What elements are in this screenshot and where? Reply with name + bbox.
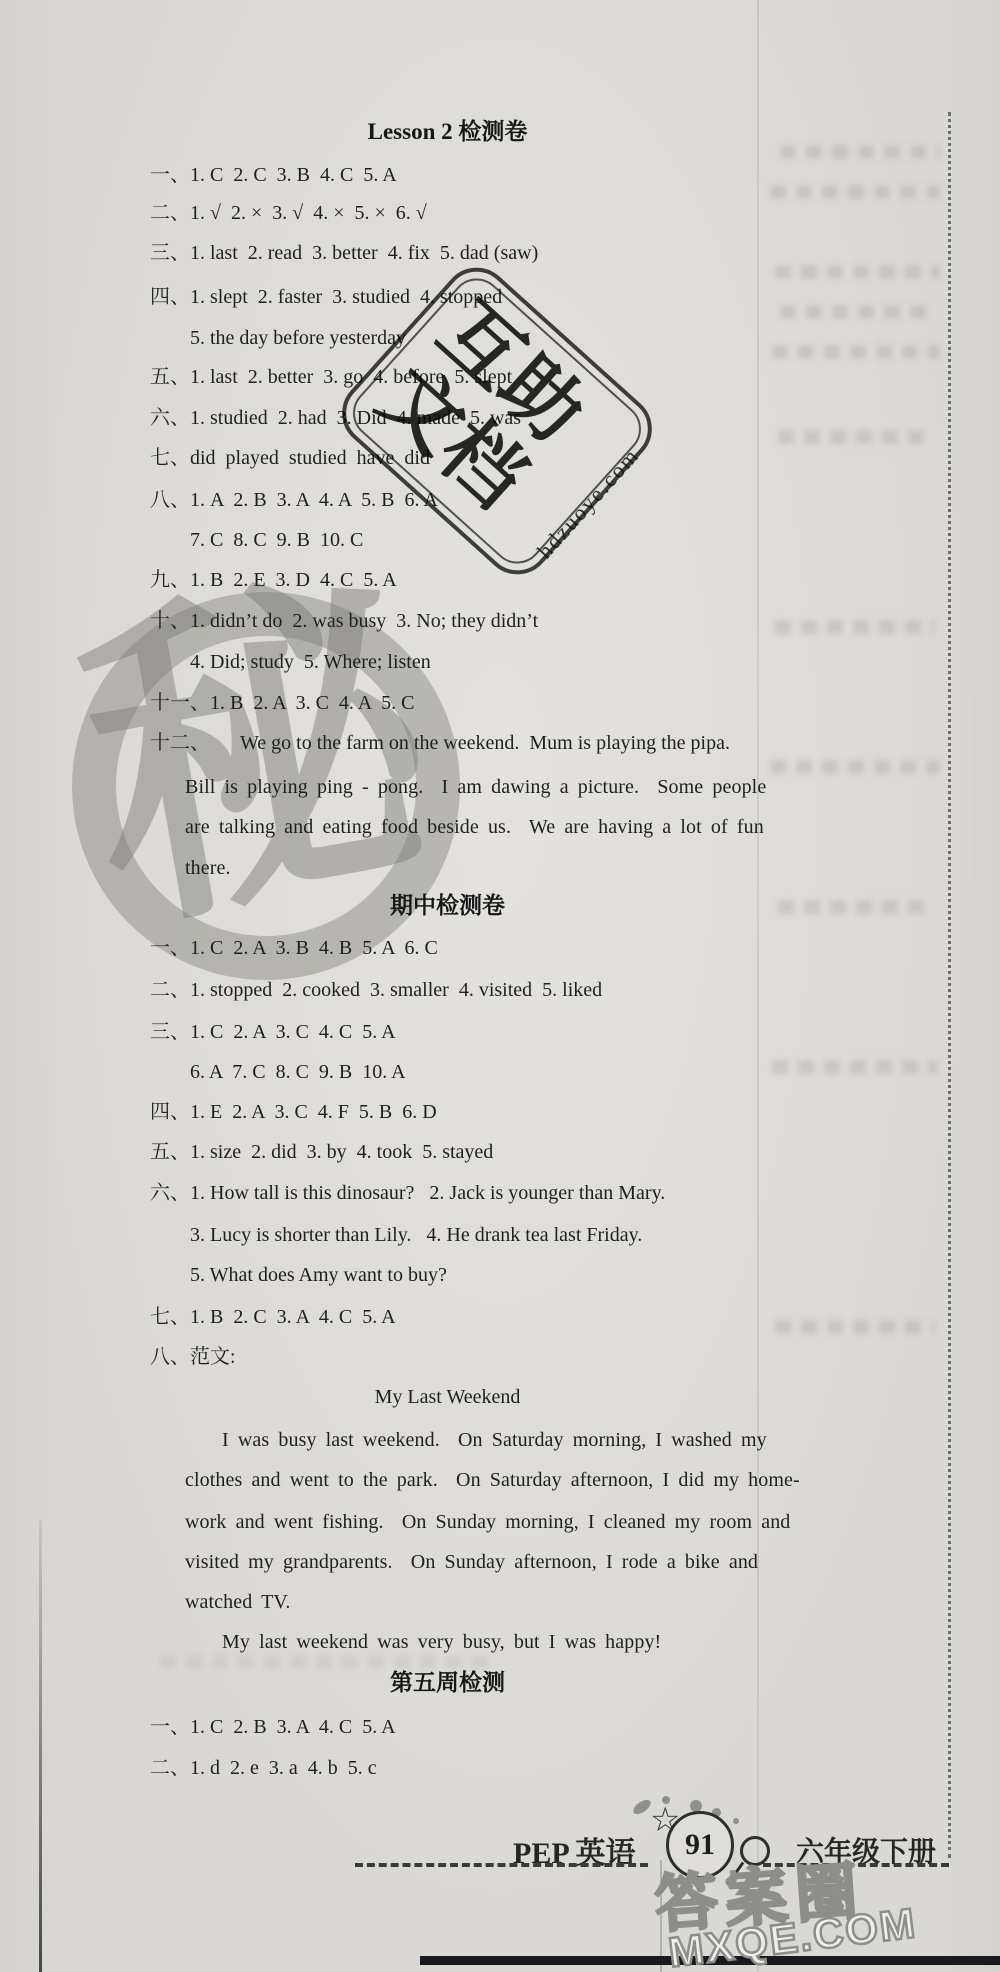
bleed-through-smudge (775, 1320, 935, 1334)
answer-line: 二、1. √ 2. × 3. √ 4. × 5. × 6. √ (150, 198, 427, 228)
bleed-through-smudge (772, 1060, 937, 1074)
bleed-through-smudge (160, 1655, 490, 1669)
essay-line: visited my grandparents. On Sunday after… (185, 1547, 758, 1577)
page-edge-line (39, 1520, 42, 1972)
answer-line: 7. C 8. C 9. B 10. C (190, 525, 363, 555)
answer-line: 九、1. B 2. E 3. D 4. C 5. A (150, 565, 397, 595)
section-title-lesson2: Lesson 2 检测卷 (150, 117, 745, 147)
essay-line: watched TV. (185, 1587, 290, 1617)
bleed-through-smudge (780, 145, 940, 159)
bleed-through-smudge (775, 265, 940, 279)
answer-line: 一、1. C 2. A 3. B 4. B 5. A 6. C (150, 933, 438, 963)
answer-line: 3. Lucy is shorter than Lily. 4. He dran… (190, 1220, 642, 1250)
bleed-through-smudge (770, 760, 940, 774)
essay-title: My Last Weekend (150, 1382, 745, 1412)
answer-line: 十二、 We go to the farm on the weekend. Mu… (150, 728, 730, 758)
dotted-column-separator (948, 112, 951, 1858)
answer-line: 5. What does Amy want to buy? (190, 1260, 447, 1290)
section-title-midterm: 期中检测卷 (150, 891, 745, 921)
answer-line: 6. A 7. C 8. C 9. B 10. A (190, 1057, 406, 1087)
essay-line: I was busy last weekend. On Saturday mor… (222, 1425, 767, 1455)
bleed-through-smudge (778, 430, 933, 444)
answer-line: 八、1. A 2. B 3. A 4. A 5. B 6. A (150, 485, 438, 515)
answer-line: 一、1. C 2. B 3. A 4. C 5. A (150, 1712, 396, 1742)
answer-line: 5. the day before yesterday (190, 323, 406, 353)
answer-line: 五、1. size 2. did 3. by 4. took 5. stayed (150, 1137, 493, 1167)
essay-line: clothes and went to the park. On Saturda… (185, 1465, 800, 1495)
answer-line: 六、1. How tall is this dinosaur? 2. Jack … (150, 1178, 665, 1208)
answer-line: 二、1. d 2. e 3. a 4. b 5. c (150, 1753, 377, 1783)
bleed-through-smudge (778, 900, 928, 914)
star-icon: ☆ (650, 1804, 680, 1838)
answer-line: 七、1. B 2. C 3. A 4. C 5. A (150, 1302, 396, 1332)
bleed-through-smudge (775, 620, 935, 634)
section-title-week5: 第五周检测 (150, 1668, 745, 1698)
bleed-through-smudge (772, 345, 940, 359)
answer-line: there. (185, 853, 231, 883)
bleed-through-smudge (770, 185, 940, 199)
scanned-answer-page: 秘 Lesson 2 检测卷 一、1. C 2. C 3. B 4. C 5. … (0, 0, 1000, 1972)
answer-line: 二、1. stopped 2. cooked 3. smaller 4. vis… (150, 975, 602, 1005)
stamp-inner-border: 互助 文档 hdzuoye.com (342, 268, 651, 574)
answer-line: 四、1. E 2. A 3. C 4. F 5. B 6. D (150, 1097, 437, 1127)
stamp-url-text: hdzuoye.com (532, 443, 645, 564)
answer-line: 三、1. C 2. A 3. C 4. C 5. A (150, 1017, 396, 1047)
answer-line: are talking and eating food beside us. W… (185, 812, 764, 842)
bleed-through-smudge (780, 305, 930, 319)
sparkle-dot (733, 1818, 739, 1824)
answer-line: 4. Did; study 5. Where; listen (190, 647, 431, 677)
answer-line: 十一、1. B 2. A 3. C 4. A 5. C (150, 688, 415, 718)
answer-line: 八、范文: (150, 1342, 236, 1372)
footer-dashed-line-left (355, 1863, 648, 1867)
page-crease (757, 0, 759, 1972)
answer-line: 一、1. C 2. C 3. B 4. C 5. A (150, 160, 397, 190)
answer-line: 十、1. didn’t do 2. was busy 3. No; they d… (150, 606, 538, 636)
answer-line: 三、1. last 2. read 3. better 4. fix 5. da… (150, 238, 538, 268)
answer-line: Bill is playing ping - pong. I am dawing… (185, 772, 766, 802)
essay-line: My last weekend was very busy, but I was… (222, 1627, 661, 1657)
essay-line: work and went fishing. On Sunday morning… (185, 1507, 790, 1537)
